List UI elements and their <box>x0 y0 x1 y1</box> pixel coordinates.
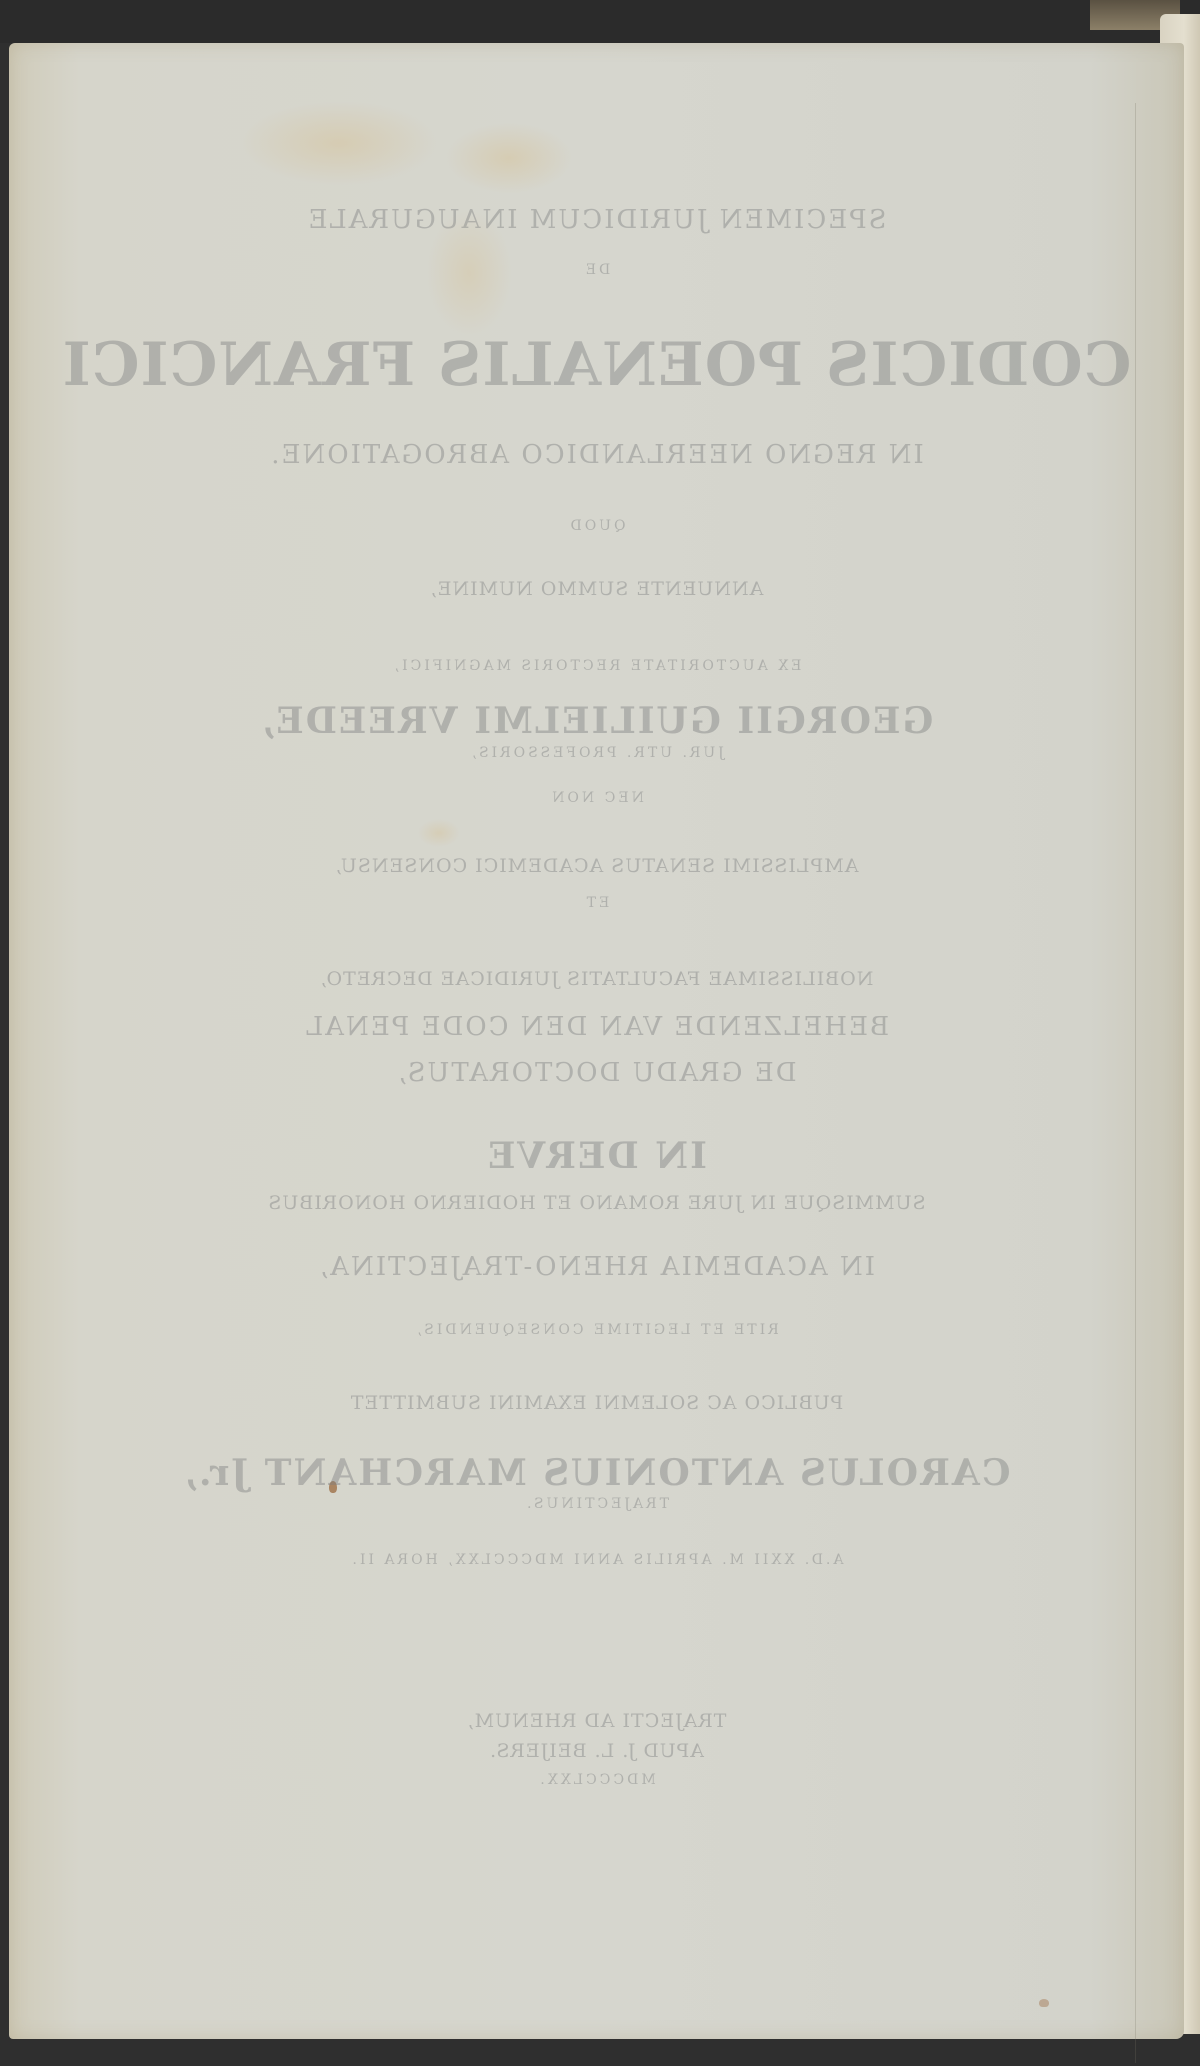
bleed-through-line: TRAJECTI AD RHENUM, <box>9 1710 1184 1732</box>
bleed-through-line: EX AUCTORITATE RECTORIS MAGNIFICI, <box>9 658 1184 674</box>
bleed-through-line: TRAJECTINUS. <box>9 1496 1184 1512</box>
bleed-through-line: AMPLISSIMI SENATUS ACADEMICI CONSENSU, <box>9 855 1184 877</box>
bleed-through-line: SPECIMEN JURIDICUM INAUGURALE <box>9 205 1184 235</box>
bleed-through-line: DE GRADU DOCTORATUS, <box>9 1058 1184 1088</box>
bleed-through-line: QUOD <box>9 518 1184 534</box>
bleed-through-line: JUR. UTR. PROFESSORIS, <box>9 745 1184 761</box>
bleed-through-line: RITE ET LEGITIME CONSEQUENDIS, <box>9 1322 1184 1338</box>
bleed-through-line: IN REGNO NEERLANDICO ABROGATIONE. <box>9 440 1184 470</box>
bleed-through-line: APUD J. L. BEIJERS. <box>9 1740 1184 1762</box>
bleed-through-line: PUBLICO AC SOLEMNI EXAMINI SUBMITTET <box>9 1392 1184 1414</box>
bleed-through-line: IN DERVE <box>9 1135 1184 1177</box>
scanner-background-top <box>0 0 1200 43</box>
bleed-through-line: SUMMISQUE IN JURE ROMANO ET HODIERNO HON… <box>9 1192 1184 1214</box>
bleed-through-line: GEORGII GUILIELMI VREEDE, <box>9 700 1184 742</box>
bleed-through-line: CODICIS POENALIS FRANCICI <box>9 330 1184 400</box>
bleed-through-line: CAROLUS ANTONIUS MARCHANT Jr., <box>9 1452 1184 1494</box>
foxing-spot <box>1039 1999 1049 2007</box>
bleed-through-line: MDCCCLXX. <box>9 1772 1184 1788</box>
book-page: SPECIMEN JURIDICUM INAUGURALEDECODICIS P… <box>9 43 1184 2039</box>
bleed-through-line: DE <box>9 262 1184 278</box>
bleed-through-line: NOBILISSIMAE FACULTATIS JURIDICAE DECRET… <box>9 968 1184 990</box>
bleed-through-line: NEC NON <box>9 790 1184 806</box>
bleed-through-line: BEHELZENDE VAN DEN CODE PENAL <box>9 1012 1184 1042</box>
bleed-through-line: A.D. XXII M. APRILIS ANNI MDCCCLXX, HORA… <box>9 1552 1184 1568</box>
bleed-through-line: ET <box>9 895 1184 911</box>
bleed-through-line: IN ACADEMIA RHENO-TRAJECTINA, <box>9 1252 1184 1282</box>
bleed-through-line: ANNUENTE SUMMO NUMINE, <box>9 578 1184 600</box>
